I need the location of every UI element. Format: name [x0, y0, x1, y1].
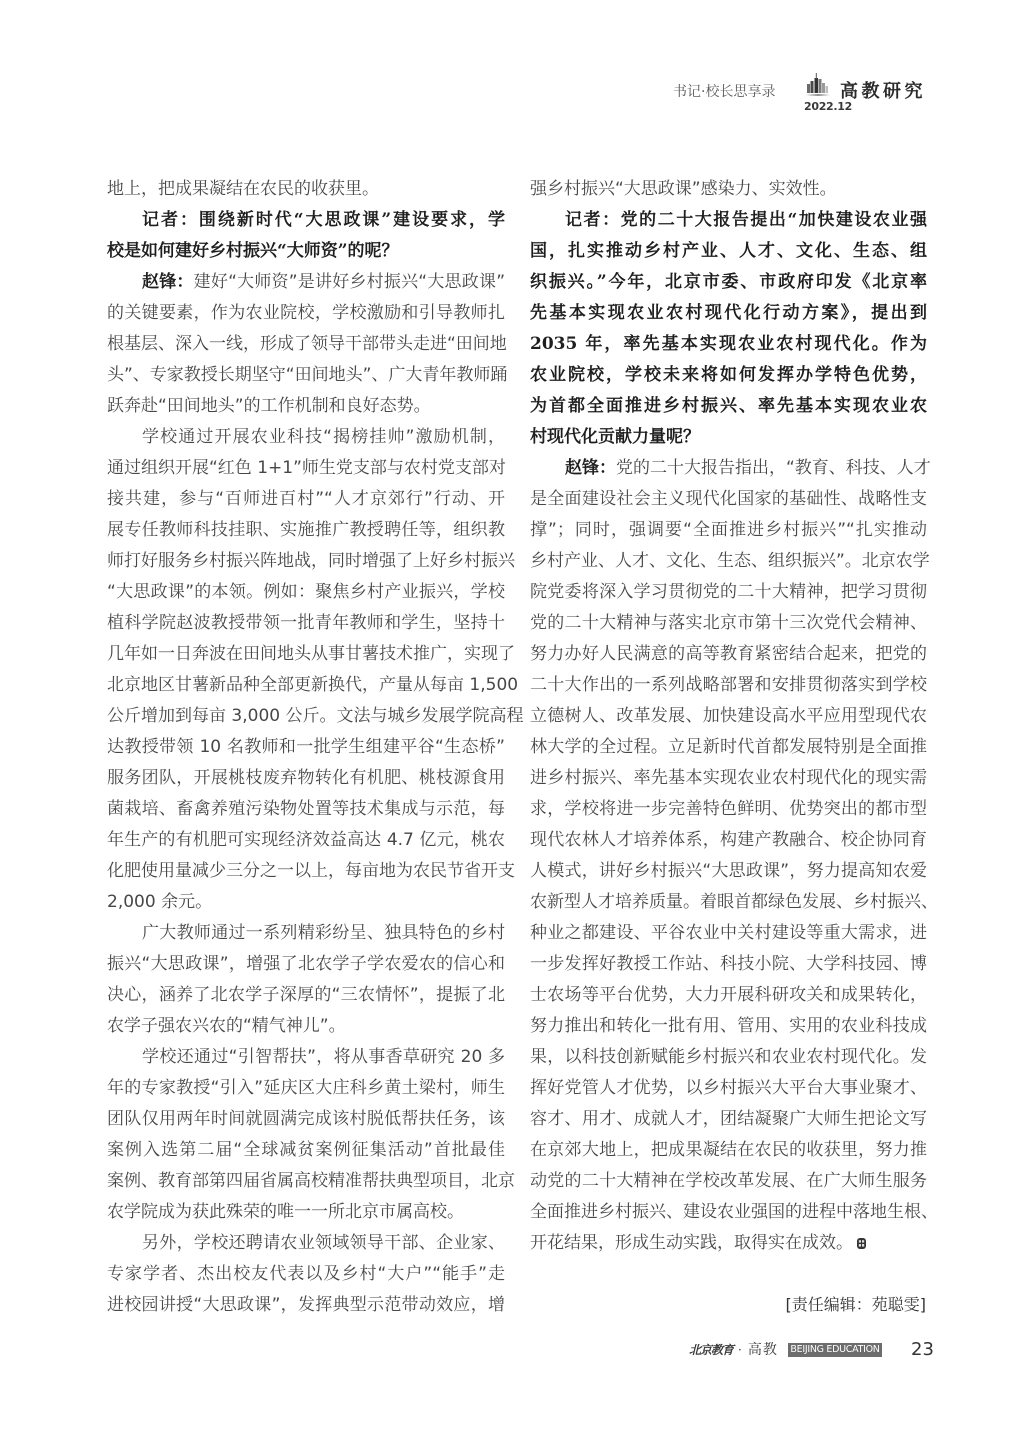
text-line: 学校还通过“引智帮扶”，将从事香草研究 20 多: [107, 1042, 505, 1073]
paragraph-question: 记者：党的二十大报告提出“加快建设农业强 国，扎实推动乡村产业、人才、文化、生态…: [530, 205, 927, 453]
paragraph-body: 强乡村振兴“大思政课”感染力、实效性。: [530, 174, 927, 205]
text-line: 化肥使用量减少三分之一以上，每亩地为农民节省开支: [107, 856, 505, 887]
question-line: 先基本实现农业农村现代化行动方案》，提出到: [530, 298, 927, 329]
answer-line: 在京郊大地上，把成果凝结在农民的收获里，努力推: [530, 1135, 927, 1166]
footer-badge: BEIJING EDUCATION: [788, 1343, 882, 1357]
answer-line: 根基层、深入一线，形成了领导干部带头走进“田间地: [107, 329, 505, 360]
text-line: 达教授带领 10 名教师和一批学生组建平谷“生态桥”: [107, 732, 505, 763]
paragraph-answer: 赵锋：党的二十大报告指出，“教育、科技、人才 是全面建设社会主义现代化国家的基础…: [530, 453, 927, 1259]
paragraph-question: 记者：围绕新时代“大思政课”建设要求，学 校是如何建好乡村振兴“大师资”的呢？: [107, 205, 505, 267]
journal-title: 高教研究: [840, 80, 926, 104]
speaker-label: 记者：: [565, 210, 621, 230]
answer-line: 农新型人才培养质量。着眼首都绿色发展、乡村振兴、: [530, 887, 927, 918]
answer-line: 努力办好人民满意的高等教育紧密结合起来，把党的: [530, 639, 927, 670]
article-left-column: 地上，把成果凝结在农民的收获里。 记者：围绕新时代“大思政课”建设要求，学 校是…: [107, 174, 505, 1321]
answer-line: 全面推进乡村振兴、建设农业强国的进程中落地生根、: [530, 1197, 927, 1228]
answer-line: 的关键要素，作为农业院校，学校激励和引导教师扎: [107, 298, 505, 329]
answer-line: 动党的二十大精神在学校改革发展、在广大师生服务: [530, 1166, 927, 1197]
answer-line: 求，学校将进一步完善特色鲜明、优势突出的都市型: [530, 794, 927, 825]
text-line: 公斤增加到每亩 3,000 公斤。文法与城乡发展学院高程: [107, 701, 505, 732]
question-line: 农业院校，学校未来将如何发挥办学特色优势，: [530, 360, 927, 391]
paragraph-body: 广大教师通过一系列精彩纷呈、独具特色的乡村 振兴“大思政课”，增强了北农学子学农…: [107, 918, 505, 1042]
question-text: 党的二十大报告提出“加快建设农业强: [621, 210, 927, 230]
magazine-page: 书记·校长思享录 高教研究 2022.12 地上，把成果凝结在农民的收获里。 记…: [0, 0, 1024, 1448]
question-line: 国，扎实推动乡村产业、人才、文化、生态、组: [530, 236, 927, 267]
question-line: 记者：围绕新时代“大思政课”建设要求，学: [107, 205, 505, 236]
paragraph-answer: 赵锋：建好“大师资”是讲好乡村振兴“大思政课” 的关键要素，作为农业院校，学校激…: [107, 267, 505, 422]
text-line: 北京地区甘薯新品种全部更新换代，产量从每亩 1,500: [107, 670, 505, 701]
question-line: 记者：党的二十大报告提出“加快建设农业强: [530, 205, 927, 236]
text-line: 案例、教育部第四届省属高校精准帮扶典型项目，北京: [107, 1166, 505, 1197]
text-line: 菌栽培、畜禽养殖污染物处置等技术集成与示范，每: [107, 794, 505, 825]
answer-line: 跃奔赴“田间地头”的工作机制和良好态势。: [107, 391, 505, 422]
answer-line: 努力推出和转化一批有用、管用、实用的农业科技成: [530, 1011, 927, 1042]
page-number: 23: [911, 1339, 934, 1361]
answer-text: 开花结果，形成生动实践，取得实在成效。: [530, 1233, 853, 1253]
answer-text: 党的二十大报告指出，“教育、科技、人才: [616, 458, 931, 478]
editor-credit: [责任编辑：苑聪雯]: [786, 1293, 927, 1317]
answer-line: 赵锋：党的二十大报告指出，“教育、科技、人才: [530, 453, 927, 484]
paragraph-body: 学校通过开展农业科技“揭榜挂帅”激励机制， 通过组织开展“红色 1+1”师生党支…: [107, 422, 505, 918]
text-line: 年的专家教授“引入”延庆区大庄科乡黄土梁村，师生: [107, 1073, 505, 1104]
text-line: 年生产的有机肥可实现经济效益高达 4.7 亿元，桃农: [107, 825, 505, 856]
answer-line: 头”、专家教授长期坚守“田间地头”、广大青年教师踊: [107, 360, 505, 391]
answer-line: 赵锋：建好“大师资”是讲好乡村振兴“大思政课”: [107, 267, 505, 298]
question-line: 2035 年，率先基本实现农业农村现代化。作为: [530, 329, 927, 360]
paragraph-body: 学校还通过“引智帮扶”，将从事香草研究 20 多 年的专家教授“引入”延庆区大庄…: [107, 1042, 505, 1228]
text-line: 专家学者、杰出校友代表以及乡村“大户”“能手”走: [107, 1259, 505, 1290]
footer-section: 高教: [748, 1342, 778, 1358]
speaker-label: 赵锋：: [142, 272, 194, 292]
answer-line: 院党委将深入学习贯彻党的二十大精神，把学习贯彻: [530, 577, 927, 608]
text-line: 进校园讲授“大思政课”，发挥典型示范带动效应，增: [107, 1290, 505, 1321]
answer-line: 林大学的全过程。立足新时代首都发展特别是全面推: [530, 732, 927, 763]
text-line: 地上，把成果凝结在农民的收获里。: [107, 174, 505, 205]
text-line: 服务团队，开展桃枝废弃物转化有机肥、桃枝源食用: [107, 763, 505, 794]
text-line: 几年如一日奔波在田间地头从事甘薯技术推广，实现了: [107, 639, 505, 670]
question-line: 织振兴。”今年，北京市委、市政府印发《北京率: [530, 267, 927, 298]
text-line: 农学院成为获此殊荣的唯一一所北京市属高校。: [107, 1197, 505, 1228]
answer-line: 现代农林人才培养体系，构建产教融合、校企协同育: [530, 825, 927, 856]
text-line: 通过组织开展“红色 1+1”师生党支部与农村党支部对: [107, 453, 505, 484]
question-line: 村现代化贡献力量呢？: [530, 422, 927, 453]
question-line: 为首都全面推进乡村振兴、率先基本实现农业农: [530, 391, 927, 422]
paragraph-body: 另外，学校还聘请农业领域领导干部、企业家、 专家学者、杰出校友代表以及乡村“大户…: [107, 1228, 505, 1321]
text-line: 决心，涵养了北农学子深厚的“三农情怀”，提振了北: [107, 980, 505, 1011]
speaker-label: 赵锋：: [565, 458, 616, 478]
answer-line: 撑”；同时，强调要“全面推进乡村振兴”“扎实推动: [530, 515, 927, 546]
building-skyline-icon: [806, 73, 830, 99]
answer-line: 是全面建设社会主义现代化国家的基础性、战略性支: [530, 484, 927, 515]
article-right-column: 强乡村振兴“大思政课”感染力、实效性。 记者：党的二十大报告提出“加快建设农业强…: [530, 174, 927, 1259]
text-line: 学校通过开展农业科技“揭榜挂帅”激励机制，: [107, 422, 505, 453]
footer-brand: 北京教育·高教: [689, 1341, 778, 1359]
paragraph-body: 地上，把成果凝结在农民的收获里。: [107, 174, 505, 205]
answer-line: 士农场等平台优势，大力开展科研攻关和成果转化，: [530, 980, 927, 1011]
answer-line-final: 开花结果，形成生动实践，取得实在成效。: [530, 1228, 927, 1259]
answer-line: 容才、用才、成就人才，团结凝聚广大师生把论文写: [530, 1104, 927, 1135]
text-line: 师打好服务乡村振兴阵地战，同时增强了上好乡村振兴: [107, 546, 505, 577]
text-line: 另外，学校还聘请农业领域领导干部、企业家、: [107, 1228, 505, 1259]
text-line: 农学子强农兴农的“精气神儿”。: [107, 1011, 505, 1042]
answer-line: 果，以科技创新赋能乡村振兴和农业农村现代化。发: [530, 1042, 927, 1073]
answer-line: 进乡村振兴、率先基本实现农业农村现代化的现实需: [530, 763, 927, 794]
answer-text: 建好“大师资”是讲好乡村振兴“大思政课”: [194, 272, 505, 292]
section-title: 书记·校长思享录: [673, 82, 775, 102]
text-line: 振兴“大思政课”，增强了北农学子学农爱农的信心和: [107, 949, 505, 980]
answer-line: 党的二十大精神与落实北京市第十三次党代会精神、: [530, 608, 927, 639]
text-line: 广大教师通过一系列精彩纷呈、独具特色的乡村: [107, 918, 505, 949]
answer-line: 挥好党管人才优势，以乡村振兴大平台大事业聚才、: [530, 1073, 927, 1104]
text-line: 展专任教师科技挂职、实施推广教授聘任等，组织教: [107, 515, 505, 546]
question-text: 围绕新时代“大思政课”建设要求，学: [199, 210, 505, 230]
answer-line: 一步发挥好教授工作站、科技小院、大学科技园、博: [530, 949, 927, 980]
text-line: 案例入选第二届“全球减贫案例征集活动”首批最佳: [107, 1135, 505, 1166]
answer-line: 立德树人、改革发展、加快建设高水平应用型现代农: [530, 701, 927, 732]
answer-line: 种业之都建设、平谷农业中关村建设等重大需求，进: [530, 918, 927, 949]
text-line: 接共建，参与“百师进百村”“人才京郊行”行动、开: [107, 484, 505, 515]
brand-logotype: 北京教育: [689, 1343, 733, 1357]
text-line: 强乡村振兴“大思政课”感染力、实效性。: [530, 174, 927, 205]
answer-line: 人模式，讲好乡村振兴“大思政课”，努力提高知农爱: [530, 856, 927, 887]
answer-line: 二十大作出的一系列战略部署和安排贯彻落实到学校: [530, 670, 927, 701]
text-line: 植科学院赵波教授带领一批青年教师和学生，坚持十: [107, 608, 505, 639]
answer-line: 乡村产业、人才、文化、生态、组织振兴”。北京农学: [530, 546, 927, 577]
text-line: “大思政课”的本领。例如：聚焦乡村产业振兴，学校: [107, 577, 505, 608]
footer-separator: ·: [738, 1343, 742, 1357]
seal-end-mark-icon: [857, 1229, 866, 1240]
text-line: 2,000 余元。: [107, 887, 505, 918]
speaker-label: 记者：: [142, 210, 199, 230]
issue-date: 2022.12: [804, 101, 852, 113]
question-line: 校是如何建好乡村振兴“大师资”的呢？: [107, 236, 505, 267]
text-line: 团队仅用两年时间就圆满完成该村脱低帮扶任务，该: [107, 1104, 505, 1135]
